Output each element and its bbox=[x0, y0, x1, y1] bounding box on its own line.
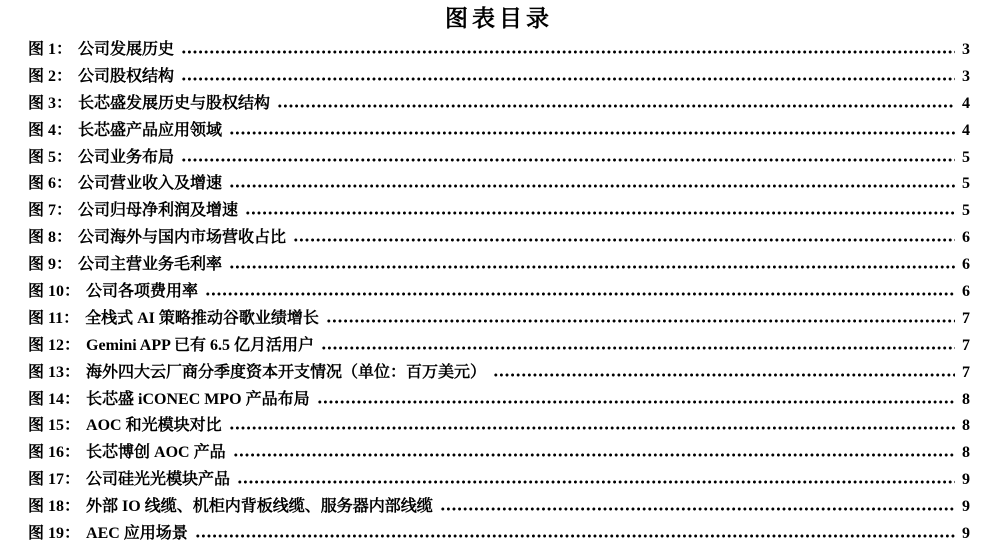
toc-entry-label: 图 4： bbox=[28, 118, 72, 145]
toc-entry-title: 海外四大云厂商分季度资本开支情况（单位：百万美元） bbox=[86, 360, 486, 387]
toc-entry-label: 图 17： bbox=[28, 467, 80, 494]
toc-entry-leader bbox=[440, 507, 955, 511]
toc-entry-leader bbox=[229, 265, 955, 269]
toc-entry-title: 长芯博创 AOC 产品 bbox=[86, 440, 226, 467]
toc-entry-label: 图 8： bbox=[28, 225, 72, 252]
toc-entry-label: 图 15： bbox=[28, 413, 80, 440]
toc-entry-label: 图 3： bbox=[28, 91, 72, 118]
toc-entry-page: 6 bbox=[960, 252, 970, 279]
toc-entry-label: 图 19： bbox=[28, 521, 80, 548]
toc-entry-label: 图 10： bbox=[28, 279, 80, 306]
toc-entry-leader bbox=[195, 534, 955, 538]
toc-entry-title: 公司发展历史 bbox=[78, 37, 174, 64]
toc-entry-leader bbox=[326, 319, 955, 323]
toc-entry-title: 公司主营业务毛利率 bbox=[78, 252, 222, 279]
toc-entry-leader bbox=[229, 426, 955, 430]
toc-entry[interactable]: 图 19： AEC 应用场景 9 bbox=[28, 521, 970, 548]
toc-entry-page: 7 bbox=[960, 306, 970, 333]
toc-entry-title: 长芯盛产品应用领域 bbox=[78, 118, 222, 145]
toc-entry-page: 4 bbox=[960, 91, 970, 118]
toc-entry-leader bbox=[181, 77, 955, 81]
toc-entry-leader bbox=[493, 373, 955, 377]
toc-entry[interactable]: 图 6： 公司营业收入及增速 5 bbox=[28, 171, 970, 198]
toc-entry-leader bbox=[321, 346, 955, 350]
toc-entry-title: 公司各项费用率 bbox=[86, 279, 198, 306]
toc-entry-leader bbox=[229, 131, 955, 135]
toc-entry[interactable]: 图 5： 公司业务布局 5 bbox=[28, 145, 970, 172]
toc-entry-leader bbox=[229, 184, 955, 188]
toc-entry-title: Gemini APP 已有 6.5 亿月活用户 bbox=[86, 333, 314, 360]
toc-entry-page: 9 bbox=[960, 467, 970, 494]
toc-entry[interactable]: 图 7： 公司归母净利润及增速 5 bbox=[28, 198, 970, 225]
toc-entry-leader bbox=[181, 50, 955, 54]
toc-list: 图 1： 公司发展历史 3 图 2： 公司股权结构 3 图 3： 长芯盛发展历史… bbox=[28, 37, 970, 548]
toc-entry-leader bbox=[293, 238, 955, 242]
toc-entry-page: 7 bbox=[960, 333, 970, 360]
toc-entry-page: 6 bbox=[960, 279, 970, 306]
toc-entry-page: 5 bbox=[960, 198, 970, 225]
toc-entry-title: 公司归母净利润及增速 bbox=[78, 198, 238, 225]
toc-entry[interactable]: 图 13： 海外四大云厂商分季度资本开支情况（单位：百万美元） 7 bbox=[28, 360, 970, 387]
toc-entry[interactable]: 图 3： 长芯盛发展历史与股权结构 4 bbox=[28, 91, 970, 118]
toc-entry-leader bbox=[205, 292, 955, 296]
toc-entry-label: 图 9： bbox=[28, 252, 72, 279]
toc-entry-label: 图 16： bbox=[28, 440, 80, 467]
toc-entry-title: 公司业务布局 bbox=[78, 145, 174, 172]
toc-entry[interactable]: 图 1： 公司发展历史 3 bbox=[28, 37, 970, 64]
toc-entry-label: 图 13： bbox=[28, 360, 80, 387]
toc-entry-leader bbox=[245, 211, 955, 215]
toc-entry-title: 公司股权结构 bbox=[78, 64, 174, 91]
toc-entry[interactable]: 图 15： AOC 和光模块对比 8 bbox=[28, 413, 970, 440]
toc-entry-title: 全栈式 AI 策略推动谷歌业绩增长 bbox=[85, 306, 319, 333]
toc-entry-page: 4 bbox=[960, 118, 970, 145]
toc-entry-page: 6 bbox=[960, 225, 970, 252]
toc-entry-page: 5 bbox=[960, 145, 970, 172]
toc-entry-page: 9 bbox=[960, 521, 970, 548]
toc-entry[interactable]: 图 9： 公司主营业务毛利率 6 bbox=[28, 252, 970, 279]
toc-entry-leader bbox=[277, 104, 955, 108]
toc-entry-title: AEC 应用场景 bbox=[86, 521, 188, 548]
toc-entry-leader bbox=[233, 453, 955, 457]
toc-entry-title: 公司硅光光模块产品 bbox=[86, 467, 230, 494]
toc-entry-page: 8 bbox=[960, 387, 970, 414]
toc-entry[interactable]: 图 17： 公司硅光光模块产品 9 bbox=[28, 467, 970, 494]
toc-entry-page: 7 bbox=[960, 360, 970, 387]
toc-entry-title: 公司营业收入及增速 bbox=[78, 171, 222, 198]
toc-entry[interactable]: 图 2： 公司股权结构 3 bbox=[28, 64, 970, 91]
toc-entry-label: 图 14： bbox=[28, 387, 80, 414]
toc-entry-title: 长芯盛发展历史与股权结构 bbox=[78, 91, 270, 118]
toc-entry-page: 3 bbox=[960, 37, 970, 64]
toc-entry-title: AOC 和光模块对比 bbox=[86, 413, 222, 440]
toc-entry[interactable]: 图 14： 长芯盛 iCONEC MPO 产品布局 8 bbox=[28, 387, 970, 414]
toc-entry[interactable]: 图 4： 长芯盛产品应用领域 4 bbox=[28, 118, 970, 145]
toc-entry-label: 图 7： bbox=[28, 198, 72, 225]
toc-entry[interactable]: 图 16： 长芯博创 AOC 产品 8 bbox=[28, 440, 970, 467]
toc-entry-label: 图 11： bbox=[28, 306, 79, 333]
toc-entry-label: 图 2： bbox=[28, 64, 72, 91]
toc-entry-label: 图 5： bbox=[28, 145, 72, 172]
toc-title: 图表目录 bbox=[28, 2, 970, 35]
toc-entry-leader bbox=[237, 480, 955, 484]
toc-entry-page: 8 bbox=[960, 440, 970, 467]
toc-entry[interactable]: 图 8： 公司海外与国内市场营收占比 6 bbox=[28, 225, 970, 252]
toc-entry-label: 图 1： bbox=[28, 37, 72, 64]
toc-entry[interactable]: 图 12： Gemini APP 已有 6.5 亿月活用户 7 bbox=[28, 333, 970, 360]
toc-entry-page: 8 bbox=[960, 413, 970, 440]
toc-entry-leader bbox=[181, 158, 955, 162]
toc-entry[interactable]: 图 10： 公司各项费用率 6 bbox=[28, 279, 970, 306]
toc-entry-page: 9 bbox=[960, 494, 970, 521]
toc-entry-label: 图 12： bbox=[28, 333, 80, 360]
toc-entry-title: 公司海外与国内市场营收占比 bbox=[78, 225, 286, 252]
toc-entry-title: 外部 IO 线缆、机柜内背板线缆、服务器内部线缆 bbox=[86, 494, 433, 521]
toc-entry-title: 长芯盛 iCONEC MPO 产品布局 bbox=[86, 387, 310, 414]
figure-toc-page: 图表目录 图 1： 公司发展历史 3 图 2： 公司股权结构 3 图 3： 长芯… bbox=[0, 0, 999, 549]
toc-entry-page: 3 bbox=[960, 64, 970, 91]
toc-entry[interactable]: 图 18： 外部 IO 线缆、机柜内背板线缆、服务器内部线缆 9 bbox=[28, 494, 970, 521]
toc-entry-label: 图 18： bbox=[28, 494, 80, 521]
toc-entry-label: 图 6： bbox=[28, 171, 72, 198]
toc-entry-leader bbox=[317, 400, 955, 404]
toc-entry-page: 5 bbox=[960, 171, 970, 198]
toc-entry[interactable]: 图 11： 全栈式 AI 策略推动谷歌业绩增长 7 bbox=[28, 306, 970, 333]
